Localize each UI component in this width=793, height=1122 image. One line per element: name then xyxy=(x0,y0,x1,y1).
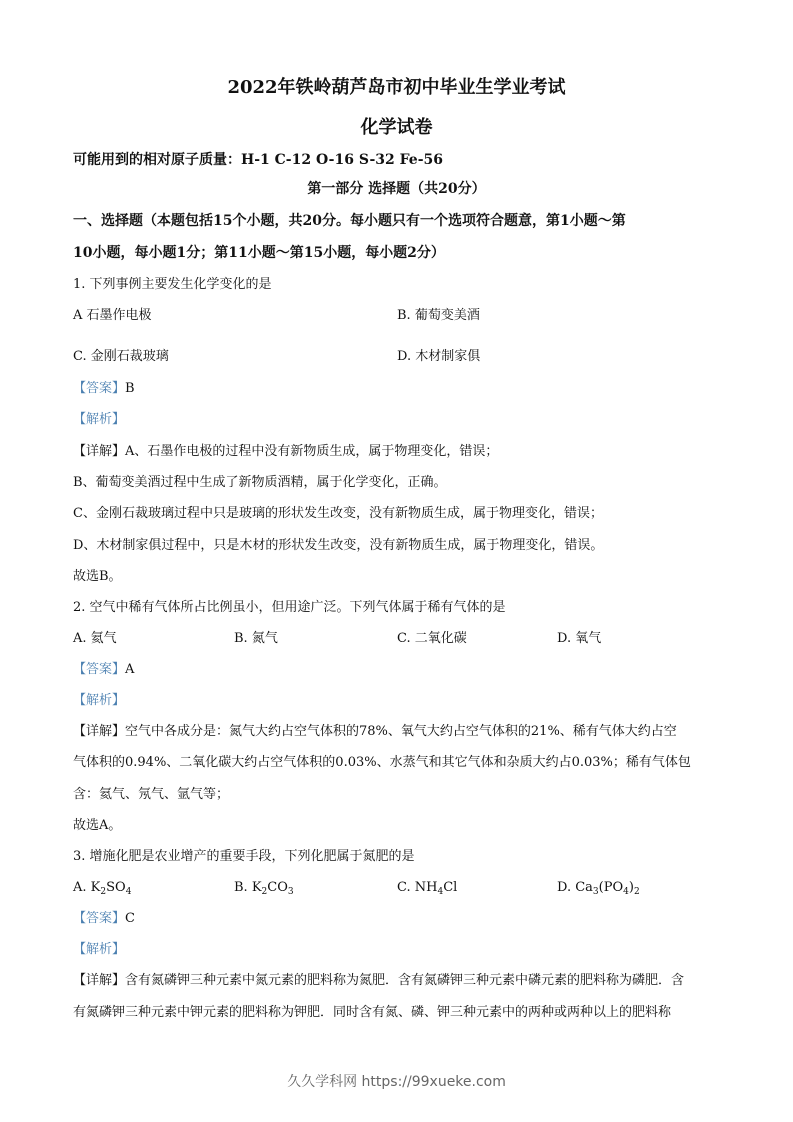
q1-detail-2: B、葡萄变美酒过程中生成了新物质酒精，属于化学变化，正确。 xyxy=(73,474,447,492)
detail-label: 【详解】 xyxy=(73,724,125,739)
exam-subtitle: 化学试卷 xyxy=(0,113,793,139)
q2-conclusion: 故选A。 xyxy=(73,817,121,835)
document-page: 2022年铁岭葫芦岛市初中毕业生学业考试 化学试卷 可能用到的相对原子质量：H-… xyxy=(0,0,793,1122)
q1-detail-3: C、金刚石裁玻璃过程中只是玻璃的形状发生改变，没有新物质生成，属于物理变化，错误… xyxy=(73,505,603,523)
q3-option-c: C. NH4Cl xyxy=(397,879,457,897)
answer-value: A xyxy=(125,662,134,677)
q1-detail-4: D、木材制家俱过程中，只是木材的形状发生改变，没有新物质生成，属于物理变化，错误… xyxy=(73,537,603,555)
q3-detail-2: 有氮磷钾三种元素中钾元素的肥料称为钾肥．同时含有氮、磷、钾三种元素中的两种或两种… xyxy=(73,1004,671,1022)
q2-option-d: D. 氧气 xyxy=(557,630,601,648)
answer-label: 【答案】 xyxy=(73,911,125,926)
q3-analysis-label: 【解析】 xyxy=(73,941,125,959)
q3-detail-1: 【详解】含有氮磷钾三种元素中氮元素的肥料称为氮肥．含有氮磷钾三种元素中磷元素的肥… xyxy=(73,972,684,990)
q3-option-a: A. K2SO4 xyxy=(73,879,131,897)
q2-detail-2: 气体积的0.94%、二氧化碳大约占空气体积的0.03%、水蒸气和其它气体和杂质大… xyxy=(73,754,691,772)
q3-answer: 【答案】C xyxy=(73,910,135,928)
atomic-mass-line: 可能用到的相对原子质量：H-1 C-12 O-16 S-32 Fe-56 xyxy=(73,151,443,169)
q3-stem: 3. 增施化肥是农业增产的重要手段，下列化肥属于氮肥的是 xyxy=(73,848,415,866)
q1-stem: 1. 下列事例主要发生化学变化的是 xyxy=(73,276,272,294)
answer-value: B xyxy=(125,381,135,396)
q1-answer: 【答案】B xyxy=(73,380,135,398)
q2-option-a: A. 氦气 xyxy=(73,630,117,648)
q2-option-b: B. 氮气 xyxy=(234,630,278,648)
q1-conclusion: 故选B。 xyxy=(73,568,122,586)
q1-option-c: C. 金刚石裁玻璃 xyxy=(73,348,169,366)
part-title: 第一部分 选择题（共20分） xyxy=(0,180,793,198)
q3-option-b: B. K2CO3 xyxy=(234,879,294,897)
q1-detail-1: 【详解】A、石墨作电极的过程中没有新物质生成，属于物理变化，错误； xyxy=(73,443,498,461)
q2-option-c: C. 二氧化碳 xyxy=(397,630,467,648)
section-instructions-2: 10小题，每小题1分；第11小题～第15小题，每小题2分） xyxy=(73,244,445,262)
q1-analysis-label: 【解析】 xyxy=(73,411,125,429)
q3-option-d: D. Ca3(PO4)2 xyxy=(557,879,640,897)
answer-label: 【答案】 xyxy=(73,662,125,677)
q1-option-a: A 石墨作电极 xyxy=(73,307,152,325)
exam-title: 2022年铁岭葫芦岛市初中毕业生学业考试 xyxy=(0,73,793,99)
answer-label: 【答案】 xyxy=(73,381,125,396)
section-instructions-1: 一、选择题（本题包括15个小题，共20分。每小题只有一个选项符合题意，第1小题～… xyxy=(73,212,626,230)
q1-option-d: D. 木材制家俱 xyxy=(397,348,480,366)
answer-value: C xyxy=(125,911,135,926)
q2-analysis-label: 【解析】 xyxy=(73,692,125,710)
q2-stem: 2. 空气中稀有气体所占比例虽小，但用途广泛。下列气体属于稀有气体的是 xyxy=(73,599,506,617)
site-watermark: 久久学科网 https://99xueke.com xyxy=(0,1071,793,1091)
q2-detail-3: 含：氦气、氖气、氩气等； xyxy=(73,786,229,804)
detail-label: 【详解】 xyxy=(73,973,125,988)
q1-option-b: B. 葡萄变美酒 xyxy=(397,307,480,325)
detail-label: 【详解】 xyxy=(73,444,125,459)
q2-answer: 【答案】A xyxy=(73,661,134,679)
q2-detail-1: 【详解】空气中各成分是：氮气大约占空气体积的78%、氧气大约占空气体积的21%、… xyxy=(73,723,677,741)
